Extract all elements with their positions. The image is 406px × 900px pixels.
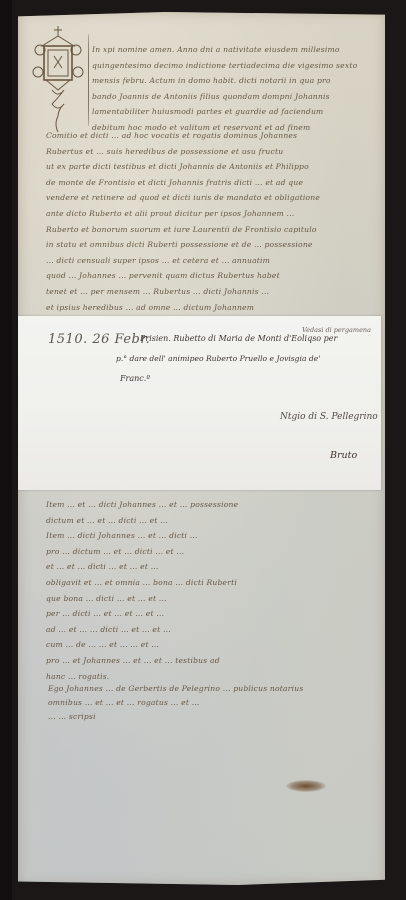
text-line: Rubertus et ... suis heredibus de posses… bbox=[46, 144, 370, 160]
text-line: pro ... dictum ... et ... dicti ... et .… bbox=[46, 544, 372, 560]
text-line: Comitio et dicti ... ad hoc vocatis et r… bbox=[46, 128, 370, 144]
text-line: mensis febru. Actum in domo habit. dicti… bbox=[92, 73, 370, 89]
text-line: Ruberto et bonorum suorum et iure Lauren… bbox=[46, 222, 370, 238]
label-description-line: p.° dare dell' animipeo Ruberto Pruello … bbox=[116, 354, 320, 363]
text-line: vendere et retinere ad quod et dicti iur… bbox=[46, 190, 370, 206]
archival-label: 1510. 26 Febr. Vedasi di pergamena Prisi… bbox=[18, 316, 381, 490]
label-note: Vedasi di pergamena bbox=[302, 326, 371, 334]
text-line: Item ... dicti Johannes ... et ... dicti… bbox=[46, 528, 372, 544]
text-line: per ... dicti ... et ... et ... et ... bbox=[46, 606, 372, 622]
text-line: Ego Johannes ... de Gerbertis de Pelegri… bbox=[48, 682, 358, 696]
text-line: pro ... et Johannes ... et ... et ... te… bbox=[46, 653, 372, 669]
text-line: Item ... et ... dicti Johannes ... et ..… bbox=[46, 497, 372, 513]
label-description-line: Franc.º bbox=[120, 374, 150, 383]
main-text-bottom: Item ... et ... dicti Johannes ... et ..… bbox=[46, 497, 372, 684]
ink-stain bbox=[286, 780, 326, 792]
text-line: ... dicti censuali super ipsos ... et ce… bbox=[46, 253, 370, 269]
main-text-wide: Comitio et dicti ... ad hoc vocatis et r… bbox=[46, 128, 370, 315]
text-line: dictum et ... et ... dicti ... et ... bbox=[46, 513, 372, 529]
text-line: lamentabiliter huiusmodi partes et guard… bbox=[92, 104, 370, 120]
initial-flourish bbox=[88, 34, 90, 126]
main-text-top: In xpi nomine amen. Anno dni a nativitat… bbox=[92, 42, 370, 136]
text-line: cum ... de ... ... et ... ... et ... bbox=[46, 637, 372, 653]
text-line: et ... et ... dicti ... et ... et ... bbox=[46, 559, 372, 575]
notary-sign-icon bbox=[32, 24, 84, 134]
label-description-line: Prisien. Rubetto di Maria de Monti d'Eol… bbox=[140, 334, 337, 343]
text-line: et ipsius heredibus ... ad omne ... dict… bbox=[46, 300, 370, 316]
text-line: bando Joannis de Antoniis filius quondam… bbox=[92, 89, 370, 105]
text-line: ... ... scripsi bbox=[48, 710, 358, 724]
text-line: obligavit et ... et omnia ... bona ... d… bbox=[46, 575, 372, 591]
text-line: ad ... et ... ... dicti ... et ... et ..… bbox=[46, 622, 372, 638]
text-line: quingentesimo decimo indictione tertiade… bbox=[92, 58, 370, 74]
text-line: de monte de Frontisio et dicti Johannis … bbox=[46, 175, 370, 191]
label-date: 1510. 26 Febr. bbox=[48, 332, 150, 347]
text-line: ante dicto Ruberto et alii prout dicitur… bbox=[46, 206, 370, 222]
text-line: quod ... Johannes ... pervenit quam dict… bbox=[46, 268, 370, 284]
label-signature-name: Ntgio di S. Pellegrino bbox=[280, 412, 378, 422]
dark-background-edge bbox=[0, 0, 12, 900]
text-line: In xpi nomine amen. Anno dni a nativitat… bbox=[92, 42, 370, 58]
notary-subscription: Ego Johannes ... de Gerbertis de Pelegri… bbox=[48, 682, 358, 724]
text-line: ut ex parte dicti testibus et dicti Joha… bbox=[46, 159, 370, 175]
text-line: tenet et ... per mensem ... Rubertus ...… bbox=[46, 284, 370, 300]
text-line: in statu et omnibus dicti Ruberti posses… bbox=[46, 237, 370, 253]
text-line: que bona ... dicti ... et ... et ... bbox=[46, 591, 372, 607]
label-signature-mark: Bruto bbox=[330, 450, 357, 461]
text-line: omnibus ... et ... et ... rogatus ... et… bbox=[48, 696, 358, 710]
